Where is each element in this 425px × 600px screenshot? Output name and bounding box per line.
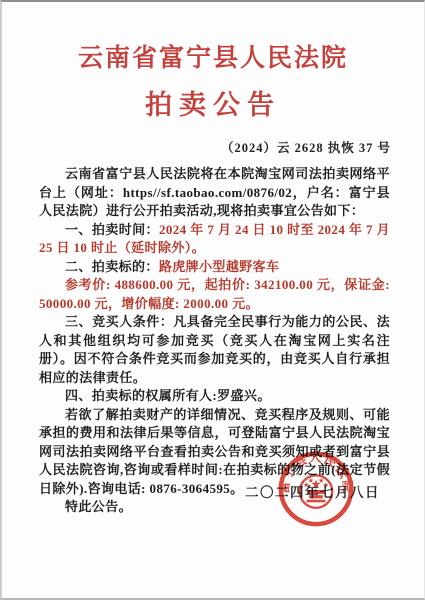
auction-time-paragraph: 一、拍卖时间：2024 年 7 月 24 日 10 时至 2024 年 7 月 … — [39, 221, 390, 258]
intro-paragraph: 云南省富宁县人民法院将在本院淘宝网司法拍卖网络平台上（网址：https//sf.… — [39, 165, 390, 221]
bidder-conditions-paragraph: 三、竞买人条件：凡具备完全民事行为能力的公民、法人和其他组织均可参加竞买（竞买人… — [39, 313, 390, 387]
page-title: 云南省富宁县人民法院 拍卖公告 — [2, 2, 424, 122]
auction-time-label: 一、拍卖时间： — [65, 222, 159, 237]
svg-text:★: ★ — [324, 482, 328, 488]
court-seal: 富宁县人民法院 ★ ★ ★ ★ ★ — [277, 450, 355, 528]
court-name-title: 云南省富宁县人民法院 — [2, 38, 424, 74]
price-paragraph: 参考价: 488600.00 元，起拍价: 342100.00 元，保证金: 5… — [39, 276, 390, 313]
auction-subject-value: 路虎牌小型越野客车 — [159, 259, 280, 274]
national-emblem-icon: ★ ★ ★ ★ ★ — [300, 475, 333, 508]
auction-subject-paragraph: 二、拍卖标的：路虎牌小型越野客车 — [39, 258, 390, 277]
svg-text:★: ★ — [304, 482, 308, 488]
svg-text:★: ★ — [309, 478, 313, 484]
auction-notice-page: 云南省富宁县人民法院 拍卖公告 （2024）云 2628 执恢 37 号 云南省… — [0, 0, 425, 600]
notice-type-title: 拍卖公告 — [2, 83, 424, 122]
auction-subject-label: 二、拍卖标的： — [65, 259, 159, 274]
case-number: （2024）云 2628 执恢 37 号 — [2, 138, 424, 156]
svg-text:★: ★ — [319, 478, 323, 484]
owner-paragraph: 四、拍卖标的权属所有人:罗盛兴。 — [39, 387, 390, 406]
